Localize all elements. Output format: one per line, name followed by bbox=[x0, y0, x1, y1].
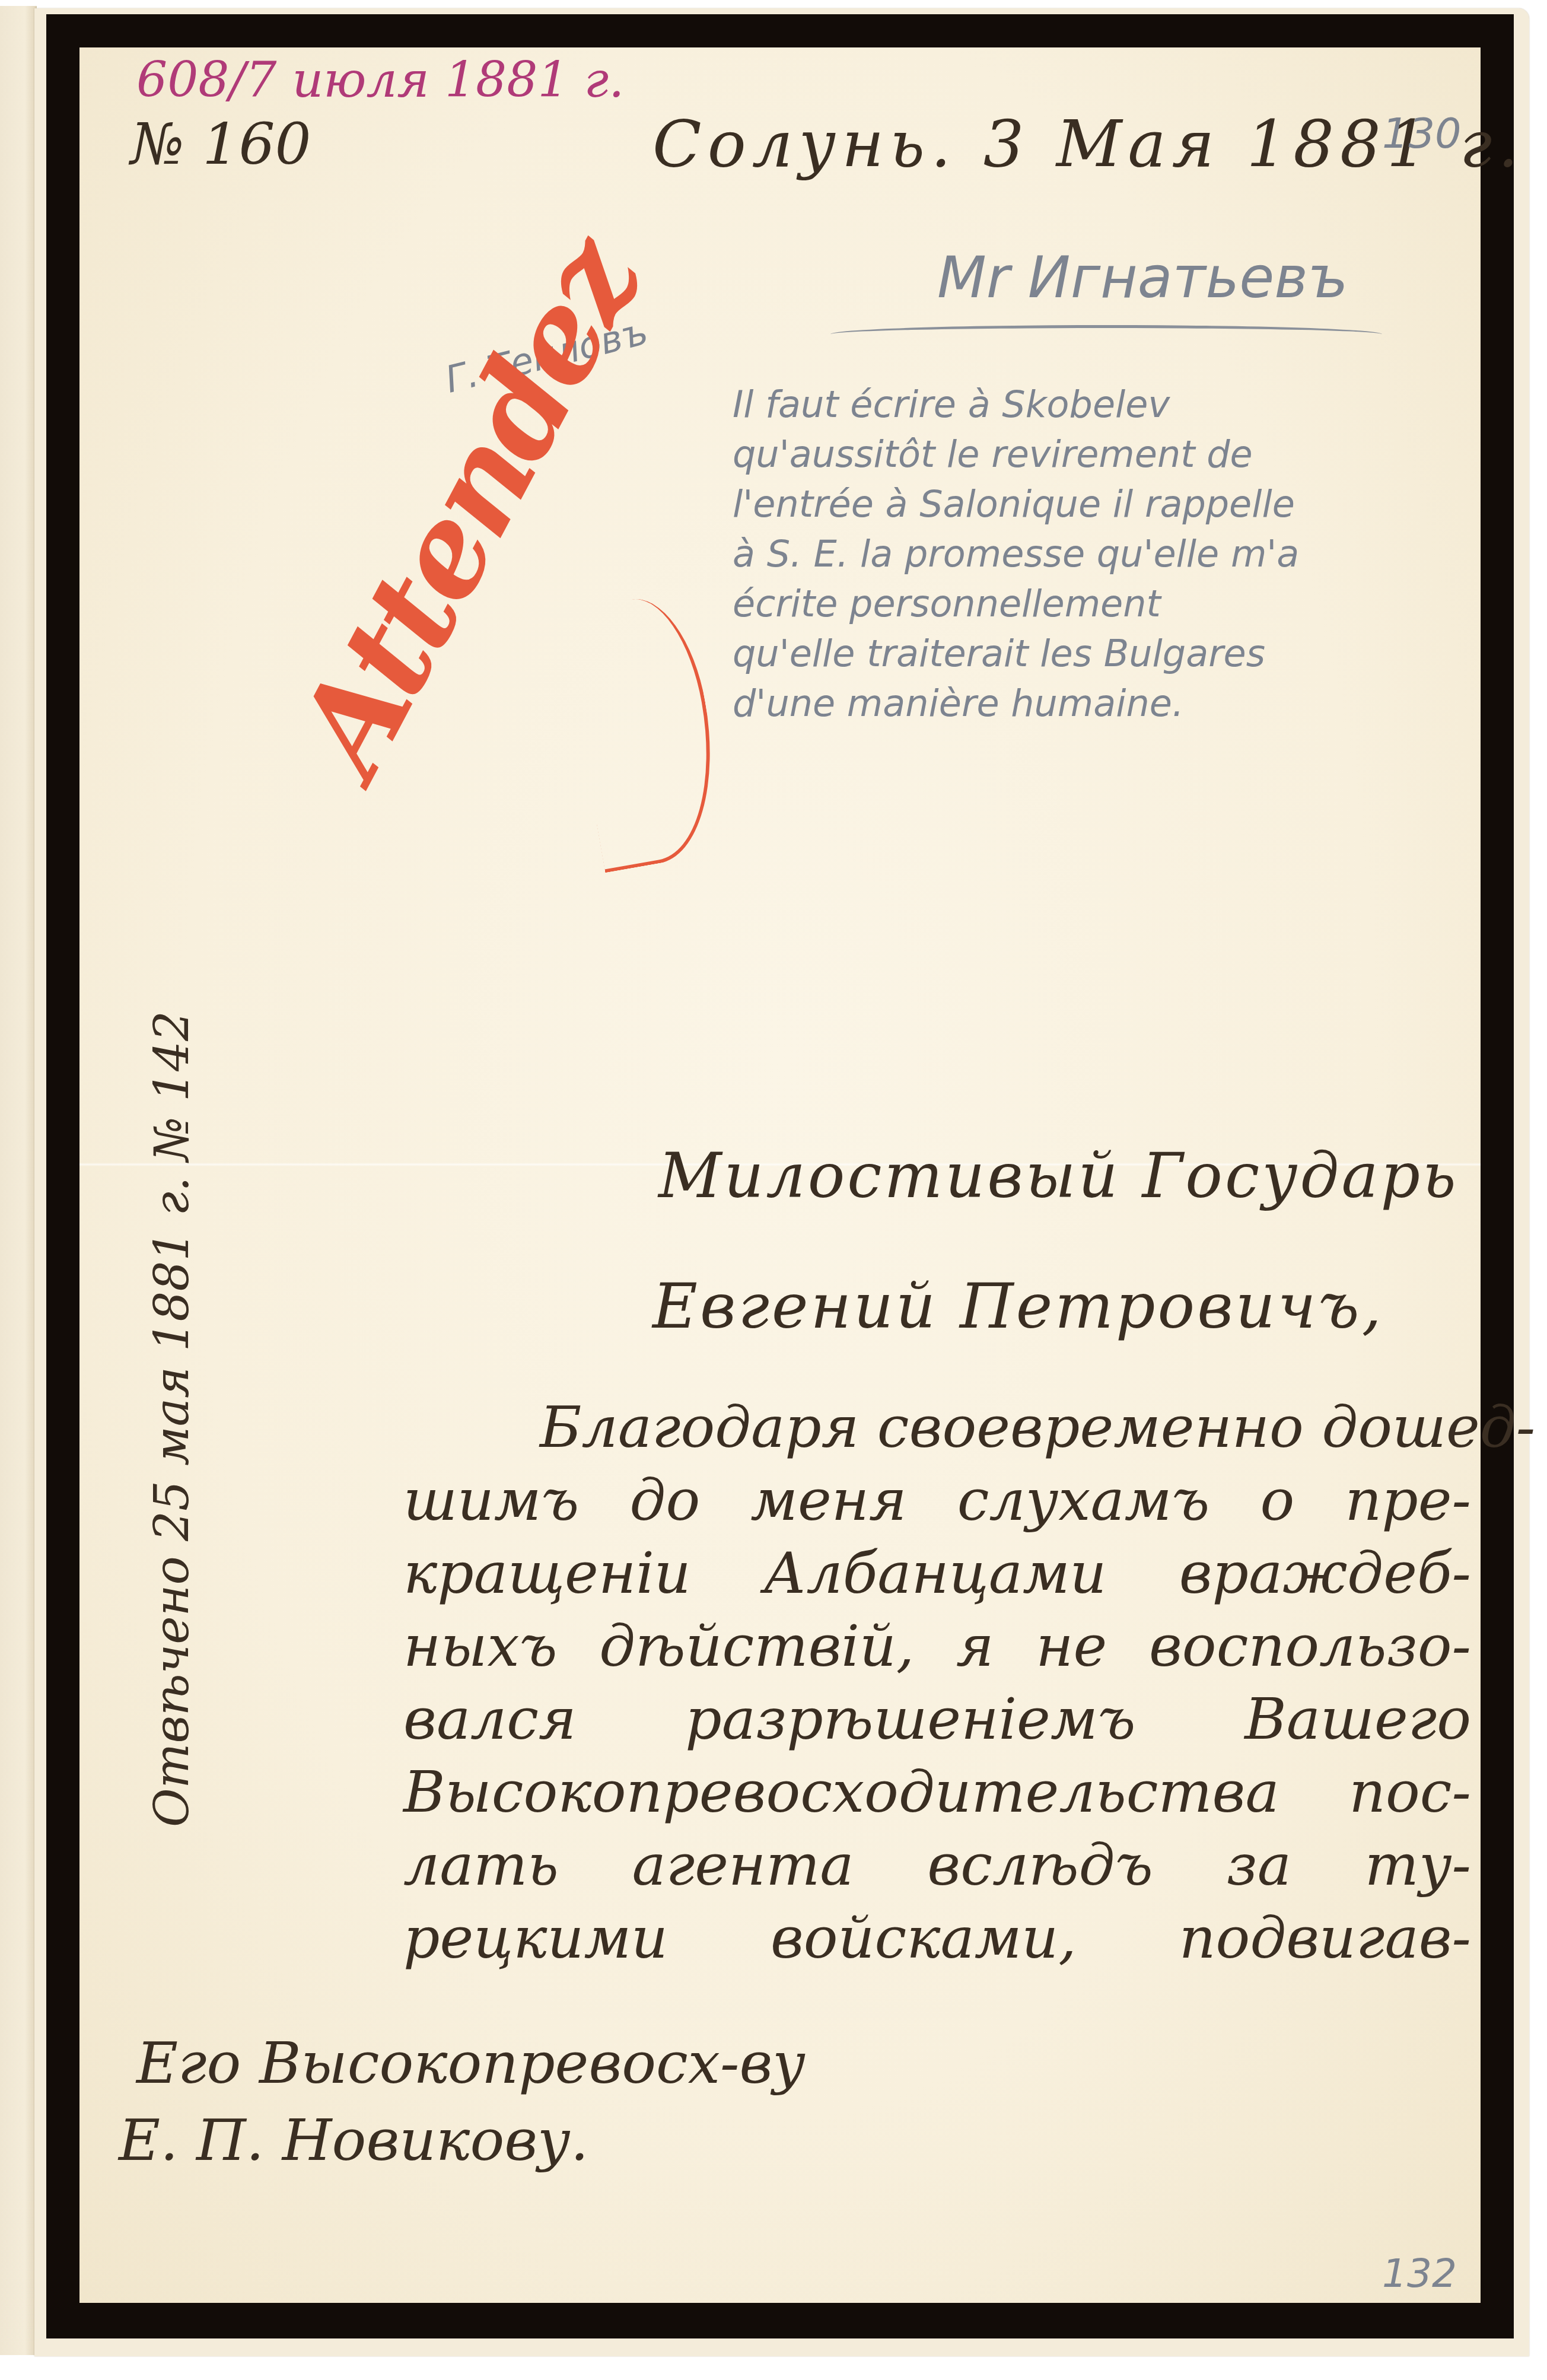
body-line: лать агента вслѣдъ за ту- bbox=[403, 1832, 1471, 1905]
underlying-page-edge bbox=[0, 6, 37, 2355]
salutation-line-1: Милостивый Государь bbox=[658, 1145, 1459, 1207]
body-line: кращеніи Албанцами враждеб- bbox=[403, 1540, 1471, 1613]
addressee-name: Е. П. Новикову. bbox=[119, 2112, 588, 2169]
body-line: ныхъ дѣйствій, я не воспользо- bbox=[403, 1613, 1471, 1686]
body-line: вался разрѣшеніемъ Вашего bbox=[403, 1686, 1471, 1759]
french-note-line: l'entrée à Salonique il rappelle bbox=[733, 479, 1474, 529]
registry-stamp: 608/7 июля 1881 г. bbox=[136, 56, 624, 105]
folio-number-bottom: 132 bbox=[1382, 2254, 1457, 2293]
french-note-line: qu'aussitôt le revirement de bbox=[733, 429, 1474, 479]
french-pencil-note: Il faut écrire à Skobelev qu'aussitôt le… bbox=[733, 380, 1474, 728]
french-note-line: Il faut écrire à Skobelev bbox=[733, 380, 1474, 429]
body-line: Высокопревосходительства пос- bbox=[403, 1759, 1471, 1832]
recipient-underline bbox=[830, 325, 1382, 343]
french-note-line: à S. E. la promesse qu'elle m'a bbox=[733, 529, 1474, 579]
folio-number-top: 130 bbox=[1382, 113, 1462, 154]
body-line: рецкими войсками, подвигав- bbox=[403, 1905, 1471, 1978]
recipient-pencil-note: Mr Игнатьевъ bbox=[937, 249, 1348, 306]
salutation-line-2: Евгений Петровичъ, bbox=[652, 1275, 1384, 1337]
french-note-line: d'une manière humaine. bbox=[733, 679, 1474, 728]
letter-body: Благодаря своевременно дошед- шимъ до ме… bbox=[403, 1394, 1471, 1978]
vertical-margin-note: Отвѣчено 25 мая 1881 г. № 142 bbox=[148, 1011, 196, 1827]
addressee-title: Его Высокопревосх-ву bbox=[136, 2035, 806, 2092]
french-note-line: écrite personnellement bbox=[733, 579, 1474, 629]
french-note-line: qu'elle traiterait les Bulgares bbox=[733, 629, 1474, 679]
body-line: шимъ до меня слухамъ о пре- bbox=[403, 1467, 1471, 1540]
document-number: № 160 bbox=[130, 116, 311, 173]
body-line: Благодаря своевременно дошед- bbox=[403, 1394, 1471, 1467]
